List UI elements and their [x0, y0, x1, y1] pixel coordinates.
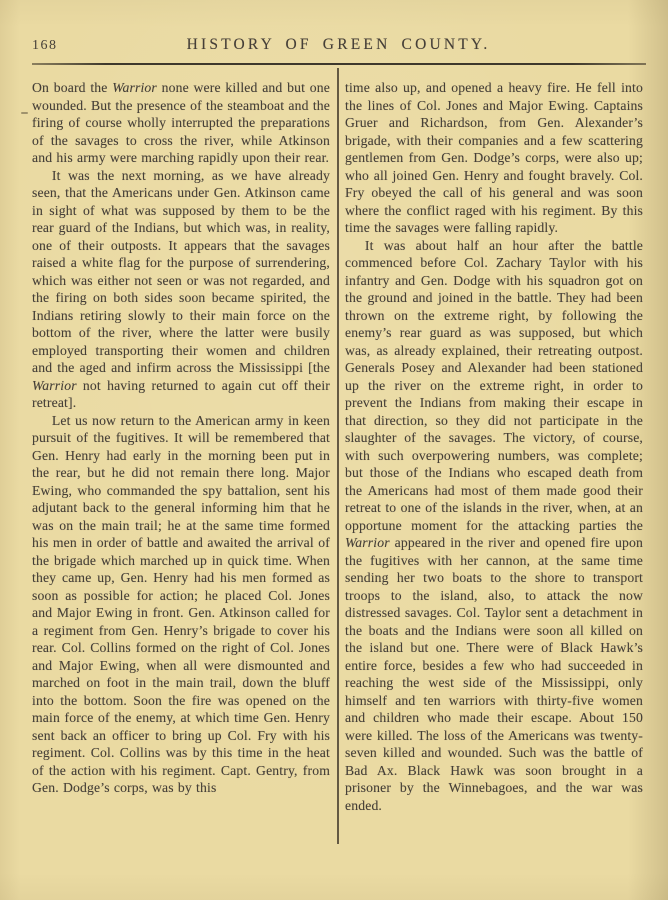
body-text: It was the next morning, as we have alre…: [32, 168, 330, 376]
text-columns: On board the Warrior none were killed an…: [32, 79, 645, 814]
paragraph: It was the next morning, as we have alre…: [32, 167, 330, 412]
body-text: time also up, and opened a heavy fire. H…: [345, 80, 643, 235]
body-text: appeared in the river and opened fire up…: [345, 535, 643, 813]
paragraph: On board the Warrior none were killed an…: [32, 79, 330, 167]
right-column: time also up, and opened a heavy fire. H…: [345, 79, 643, 814]
body-text: It was about half an hour after the batt…: [345, 238, 643, 533]
body-text: Let us now return to the American army i…: [32, 413, 330, 796]
italic-text: Warrior: [112, 80, 157, 95]
paragraph: It was about half an hour after the batt…: [345, 237, 643, 815]
italic-text: Warrior: [345, 535, 390, 550]
ink-smudge: [21, 112, 28, 114]
paragraph: time also up, and opened a heavy fire. H…: [345, 79, 643, 237]
body-text: On board the: [32, 80, 112, 95]
italic-text: Warrior: [32, 378, 77, 393]
book-page-scan: 168 HISTORY OF GREEN COUNTY. On board th…: [0, 0, 668, 900]
running-title: HISTORY OF GREEN COUNTY.: [187, 36, 491, 53]
header-rule: [32, 63, 646, 65]
left-column: On board the Warrior none were killed an…: [32, 79, 330, 814]
running-head: 168 HISTORY OF GREEN COUNTY.: [32, 36, 645, 56]
page-number: 168: [32, 38, 58, 54]
body-text: not having returned to again cut off the…: [32, 378, 330, 411]
paragraph: Let us now return to the American army i…: [32, 412, 330, 797]
